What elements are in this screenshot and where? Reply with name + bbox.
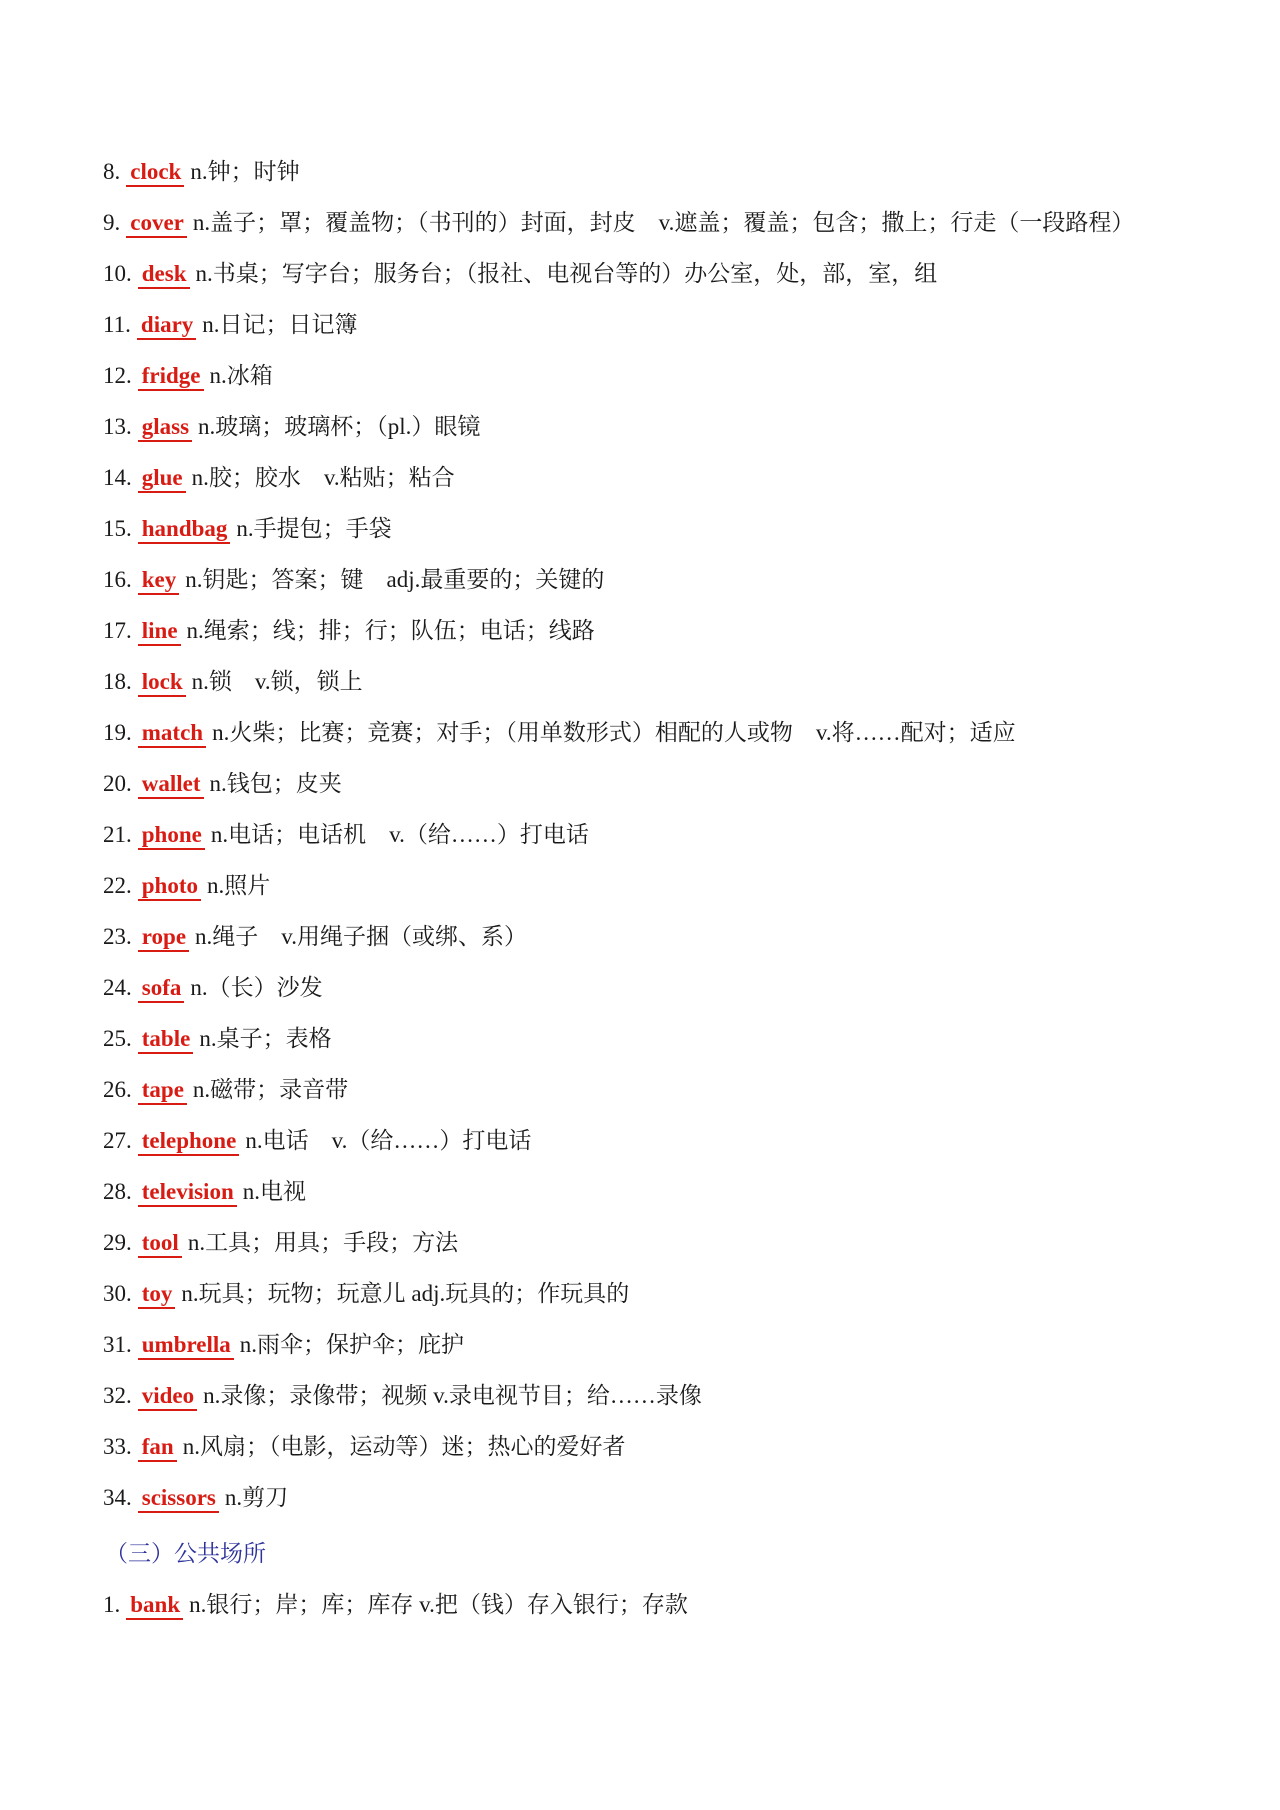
entry-definition: n.电视 <box>243 1179 306 1204</box>
entry-number: 25. <box>103 1026 132 1051</box>
entry-definition: n.玻璃；玻璃杯；（pl.）眼镜 <box>198 414 480 439</box>
vocab-list-public-places: 1.bankn.银行；岸；库；库存 v.把（钱）存入银行；存款 <box>103 1591 1220 1618</box>
vocab-entry: 21.phonen.电话；电话机 v.（给……）打电话 <box>103 821 1220 848</box>
vocab-entry: 25.tablen.桌子；表格 <box>103 1025 1220 1052</box>
vocab-entry: 29.tooln.工具；用具；手段；方法 <box>103 1229 1220 1256</box>
vocab-entry: 27.telephonen.电话 v.（给……）打电话 <box>103 1127 1220 1154</box>
entry-definition: n.银行；岸；库；库存 v.把（钱）存入银行；存款 <box>189 1592 688 1617</box>
entry-word: umbrella <box>138 1332 234 1360</box>
entry-number: 12. <box>103 363 132 388</box>
entry-number: 27. <box>103 1128 132 1153</box>
entry-definition: n.钟；时钟 <box>190 159 299 184</box>
entry-number: 29. <box>103 1230 132 1255</box>
entry-word: clock <box>126 159 184 187</box>
vocab-entry: 26.tapen.磁带；录音带 <box>103 1076 1220 1103</box>
entry-word: tool <box>138 1230 182 1258</box>
entry-definition: n.录像；录像带；视频 v.录电视节目；给……录像 <box>203 1383 702 1408</box>
entry-word: bank <box>126 1592 183 1620</box>
vocab-entry: 20.walletn.钱包；皮夹 <box>103 770 1220 797</box>
entry-word: cover <box>126 210 187 238</box>
vocab-entry: 18.lockn.锁 v.锁，锁上 <box>103 668 1220 695</box>
entry-definition: n.绳子 v.用绳子捆（或绑、系） <box>195 924 527 949</box>
entry-word: tape <box>138 1077 187 1105</box>
entry-word: line <box>138 618 181 646</box>
entry-definition: n.绳索；线；排；行；队伍；电话；线路 <box>187 618 595 643</box>
entry-word: handbag <box>138 516 231 544</box>
entry-number: 1. <box>103 1592 120 1617</box>
entry-word: telephone <box>138 1128 240 1156</box>
entry-number: 13. <box>103 414 132 439</box>
entry-definition: n.电话；电话机 v.（给……）打电话 <box>211 822 589 847</box>
entry-number: 34. <box>103 1485 132 1510</box>
entry-number: 32. <box>103 1383 132 1408</box>
entry-number: 28. <box>103 1179 132 1204</box>
entry-word: fan <box>138 1434 177 1462</box>
entry-number: 20. <box>103 771 132 796</box>
vocab-entry: 9.covern.盖子；罩；覆盖物；（书刊的）封面，封皮 v.遮盖；覆盖；包含；… <box>103 209 1220 236</box>
entry-number: 18. <box>103 669 132 694</box>
vocab-entry: 32.videon.录像；录像带；视频 v.录电视节目；给……录像 <box>103 1382 1220 1409</box>
entry-word: video <box>138 1383 197 1411</box>
vocab-list-household: 8.clockn.钟；时钟 9.covern.盖子；罩；覆盖物；（书刊的）封面，… <box>103 158 1220 1511</box>
entry-number: 19. <box>103 720 132 745</box>
entry-word: television <box>138 1179 237 1207</box>
entry-word: match <box>138 720 206 748</box>
entry-definition: n.日记；日记簿 <box>202 312 357 337</box>
entry-word: table <box>138 1026 194 1054</box>
entry-definition: n.锁 v.锁，锁上 <box>192 669 363 694</box>
vocab-entry: 1.bankn.银行；岸；库；库存 v.把（钱）存入银行；存款 <box>103 1591 1220 1618</box>
entry-word: glue <box>138 465 186 493</box>
entry-number: 23. <box>103 924 132 949</box>
entry-definition: n.桌子；表格 <box>199 1026 331 1051</box>
vocab-entry: 16.keyn.钥匙；答案；键 adj.最重要的；关键的 <box>103 566 1220 593</box>
entry-word: glass <box>138 414 192 442</box>
vocab-entry: 8.clockn.钟；时钟 <box>103 158 1220 185</box>
entry-word: key <box>138 567 180 595</box>
entry-definition: n.书桌；写字台；服务台；（报社、电视台等的）办公室，处，部，室，组 <box>196 261 938 286</box>
entry-word: lock <box>138 669 186 697</box>
vocab-entry: 24.sofan.（长）沙发 <box>103 974 1220 1001</box>
vocab-entry: 14.gluen.胶；胶水 v.粘贴；粘合 <box>103 464 1220 491</box>
entry-word: rope <box>138 924 189 952</box>
section-heading-public-places: （三）公共场所 <box>105 1540 1220 1567</box>
entry-number: 33. <box>103 1434 132 1459</box>
entry-number: 17. <box>103 618 132 643</box>
entry-word: wallet <box>138 771 204 799</box>
vocab-entry: 30.toyn.玩具；玩物；玩意儿 adj.玩具的；作玩具的 <box>103 1280 1220 1307</box>
document-page: 8.clockn.钟；时钟 9.covern.盖子；罩；覆盖物；（书刊的）封面，… <box>0 0 1280 1810</box>
entry-definition: n.冰箱 <box>210 363 273 388</box>
entry-definition: n.雨伞；保护伞；庇护 <box>240 1332 464 1357</box>
entry-definition: n.（长）沙发 <box>190 975 322 1000</box>
entry-number: 8. <box>103 159 120 184</box>
entry-word: toy <box>138 1281 176 1309</box>
entry-number: 24. <box>103 975 132 1000</box>
entry-word: diary <box>137 312 196 340</box>
entry-definition: n.玩具；玩物；玩意儿 adj.玩具的；作玩具的 <box>181 1281 629 1306</box>
entry-definition: n.手提包；手袋 <box>236 516 391 541</box>
vocab-entry: 28.televisionn.电视 <box>103 1178 1220 1205</box>
entry-definition: n.电话 v.（给……）打电话 <box>245 1128 531 1153</box>
vocab-entry: 15.handbagn.手提包；手袋 <box>103 515 1220 542</box>
entry-number: 26. <box>103 1077 132 1102</box>
vocab-entry: 34.scissorsn.剪刀 <box>103 1484 1220 1511</box>
entry-definition: n.磁带；录音带 <box>193 1077 348 1102</box>
vocab-entry: 22.photon.照片 <box>103 872 1220 899</box>
vocab-entry: 10.deskn.书桌；写字台；服务台；（报社、电视台等的）办公室，处，部，室，… <box>103 260 1220 287</box>
entry-definition: n.工具；用具；手段；方法 <box>188 1230 458 1255</box>
entry-number: 31. <box>103 1332 132 1357</box>
entry-number: 14. <box>103 465 132 490</box>
entry-number: 16. <box>103 567 132 592</box>
entry-word: desk <box>138 261 190 289</box>
vocab-entry: 12.fridgen.冰箱 <box>103 362 1220 389</box>
entry-number: 21. <box>103 822 132 847</box>
entry-word: fridge <box>138 363 204 391</box>
entry-definition: n.钱包；皮夹 <box>210 771 342 796</box>
vocab-entry: 31.umbrellan.雨伞；保护伞；庇护 <box>103 1331 1220 1358</box>
entry-word: scissors <box>138 1485 219 1513</box>
vocab-entry: 23.ropen.绳子 v.用绳子捆（或绑、系） <box>103 923 1220 950</box>
entry-number: 22. <box>103 873 132 898</box>
entry-definition: n.胶；胶水 v.粘贴；粘合 <box>192 465 455 490</box>
vocab-entry: 11.diaryn.日记；日记簿 <box>103 311 1220 338</box>
vocab-entry: 33.fann.风扇；（电影，运动等）迷；热心的爱好者 <box>103 1433 1220 1460</box>
entry-definition: n.风扇；（电影，运动等）迷；热心的爱好者 <box>183 1434 626 1459</box>
entry-number: 11. <box>103 312 131 337</box>
entry-word: photo <box>138 873 201 901</box>
entry-number: 30. <box>103 1281 132 1306</box>
entry-definition: n.盖子；罩；覆盖物；（书刊的）封面，封皮 v.遮盖；覆盖；包含；撒上；行走（一… <box>193 210 1135 235</box>
vocab-entry: 13.glassn.玻璃；玻璃杯；（pl.）眼镜 <box>103 413 1220 440</box>
entry-definition: n.照片 <box>207 873 270 898</box>
entry-word: phone <box>138 822 205 850</box>
vocab-entry: 19.matchn.火柴；比赛；竞赛；对手；（用单数形式）相配的人或物 v.将…… <box>103 719 1220 746</box>
entry-number: 15. <box>103 516 132 541</box>
entry-definition: n.火柴；比赛；竞赛；对手；（用单数形式）相配的人或物 v.将……配对；适应 <box>212 720 1016 745</box>
entry-number: 10. <box>103 261 132 286</box>
entry-word: sofa <box>138 975 185 1003</box>
entry-number: 9. <box>103 210 120 235</box>
entry-definition: n.钥匙；答案；键 adj.最重要的；关键的 <box>185 567 604 592</box>
vocab-entry: 17.linen.绳索；线；排；行；队伍；电话；线路 <box>103 617 1220 644</box>
entry-definition: n.剪刀 <box>225 1485 288 1510</box>
